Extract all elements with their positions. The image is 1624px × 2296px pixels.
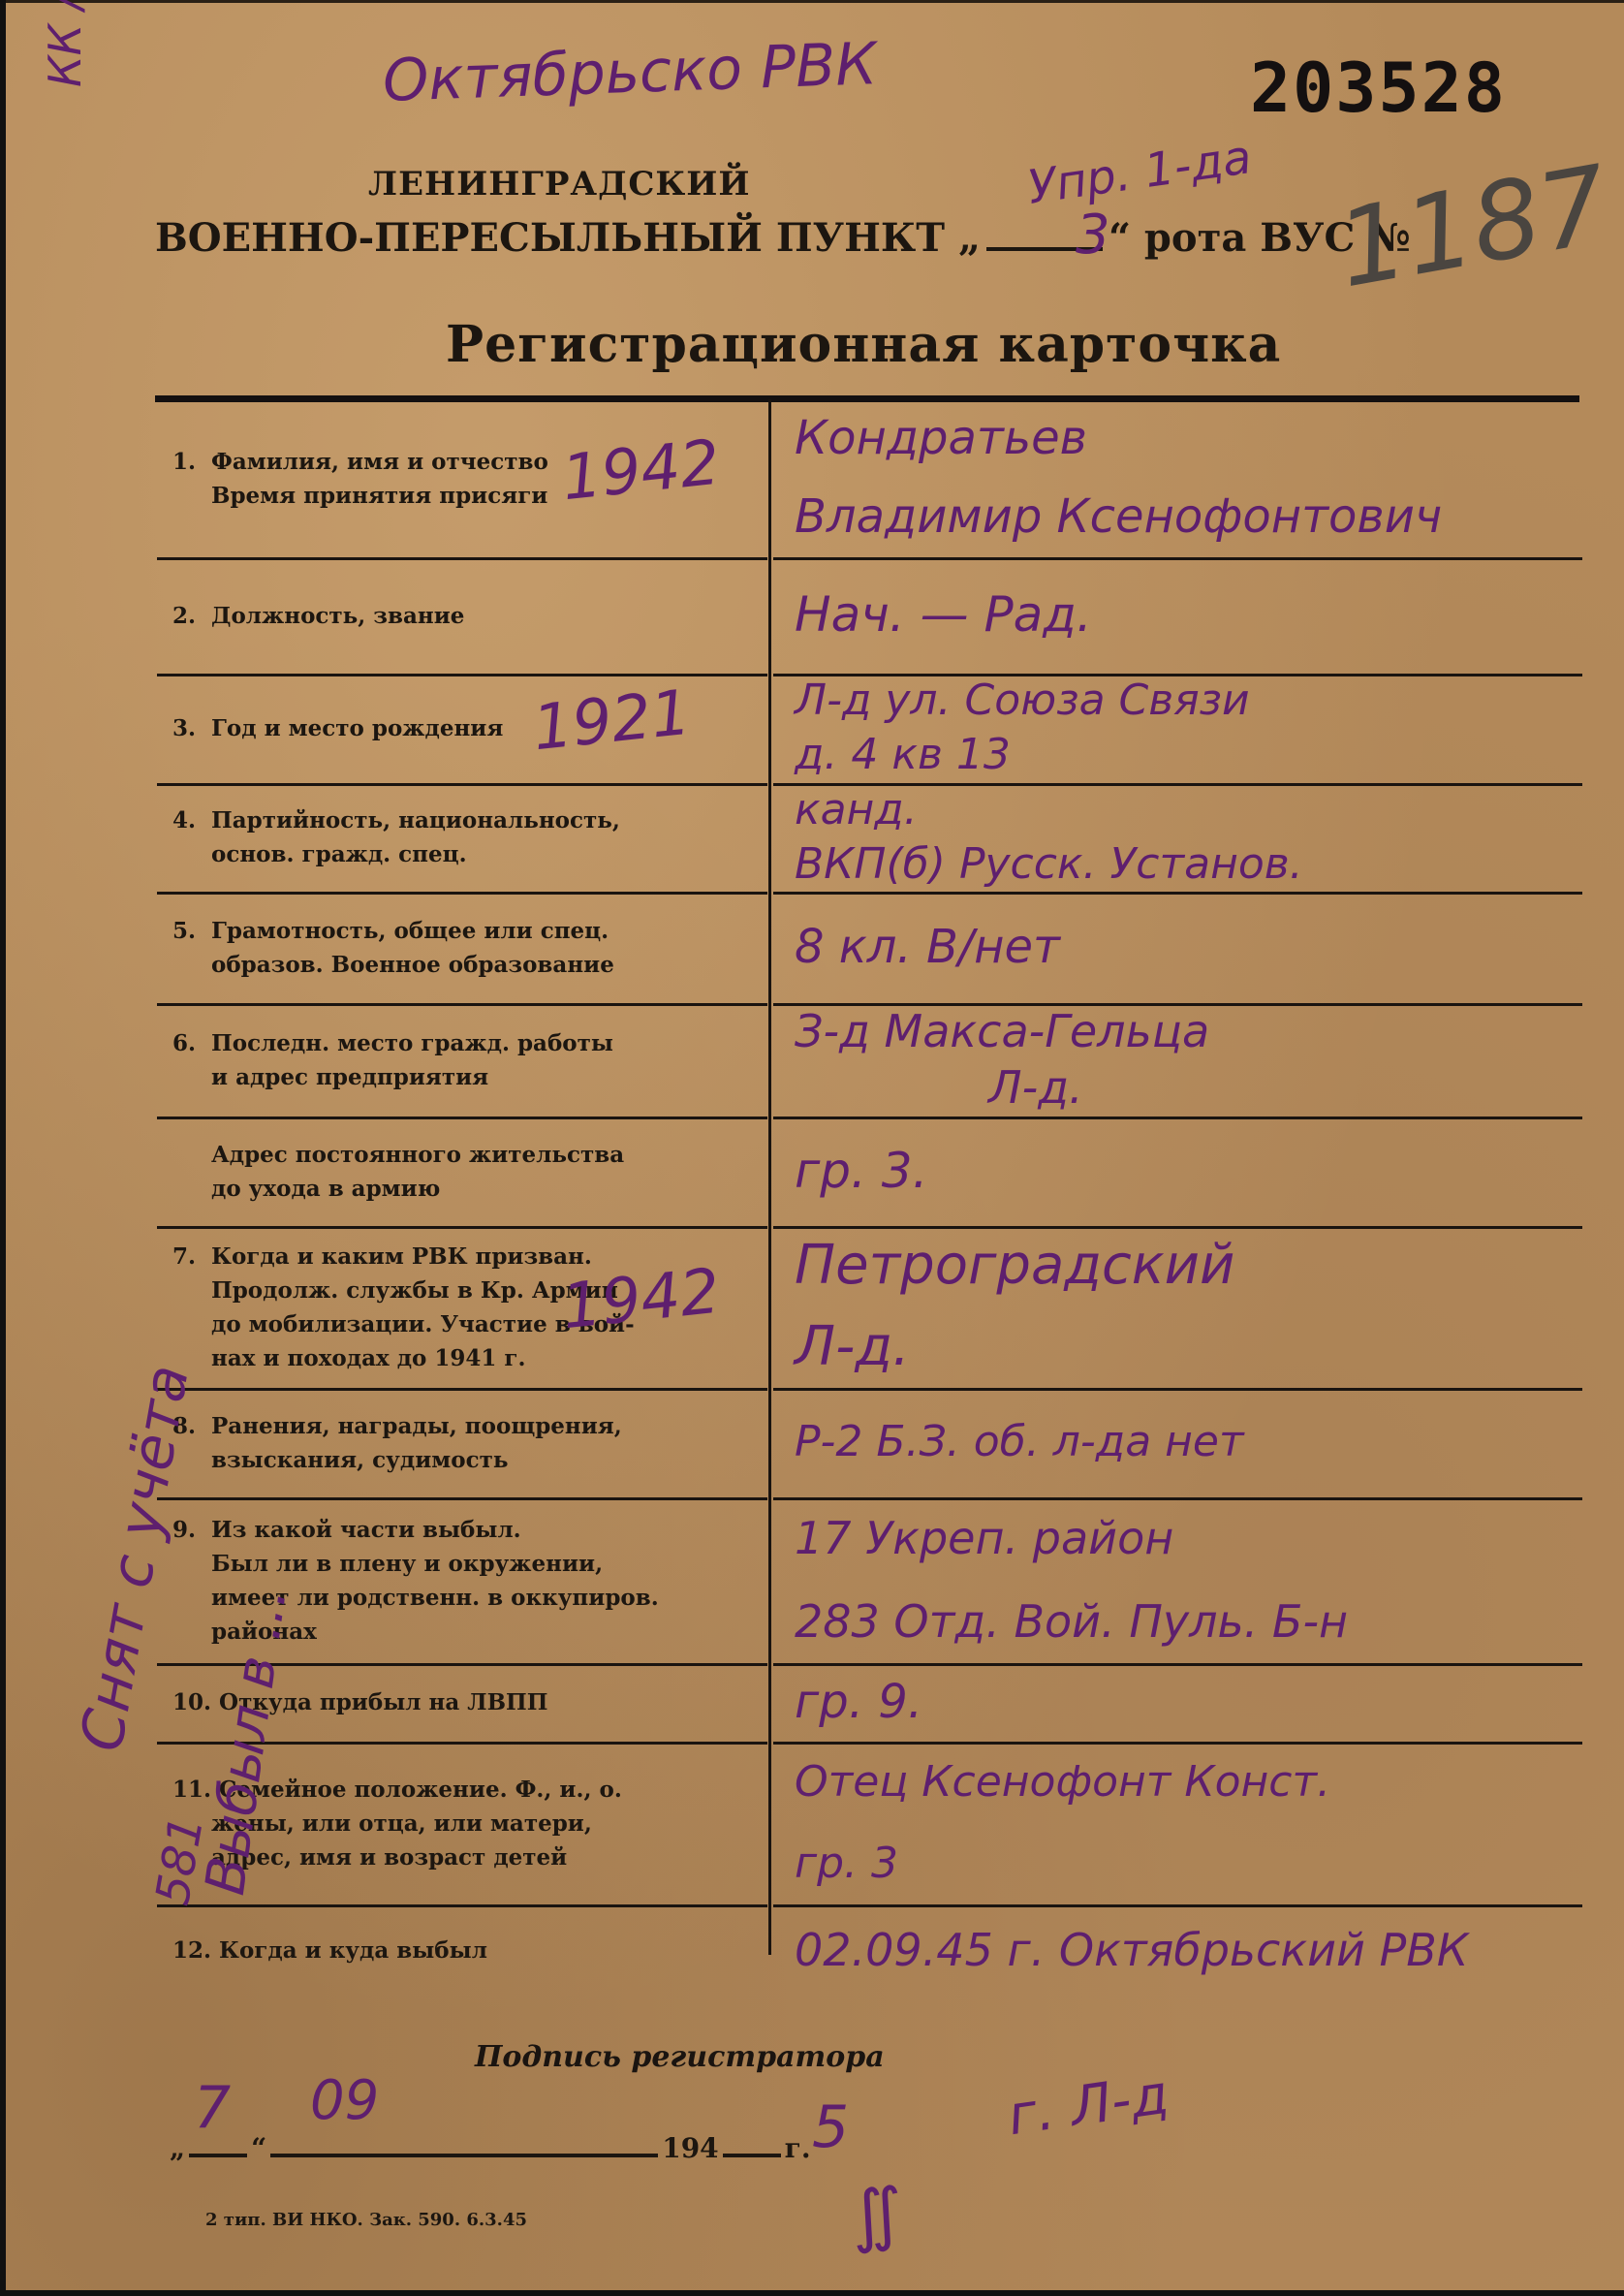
location-note: г. Л-д	[1004, 2063, 1171, 2148]
row-divider	[773, 1742, 1582, 1745]
field-value-handwritten: Л-д.	[795, 1315, 910, 1378]
field-label: 6. Последн. место гражд. работыи адрес п…	[172, 1026, 764, 1094]
field-value-handwritten: канд.	[795, 785, 918, 834]
field-label-text: Был ли в плену и окружении,	[211, 1551, 603, 1577]
organization-name: ЛЕНИНГРАДСКИЙ	[368, 165, 751, 204]
row-divider	[773, 892, 1582, 895]
field-value-handwritten: 02.09.45 г. Октябрьский РВК	[795, 1924, 1468, 1976]
bottom-signature: подпись∬	[549, 2172, 908, 2288]
row-divider	[157, 674, 767, 676]
date-open-quote: „	[170, 2132, 185, 2164]
organization-unit: ВОЕННО-ПЕРЕСЫЛЬНЫЙ ПУНКТ „“ рота ВУС №	[155, 215, 1411, 261]
field-label-text: Семейное положение. Ф., и., о.	[219, 1777, 622, 1803]
field-label-line: 9. Из какой части выбыл.	[172, 1513, 764, 1547]
row-divider	[157, 1226, 767, 1229]
field-label-line: основ. гражд. спец.	[172, 837, 764, 871]
field-number: 7.	[172, 1240, 203, 1274]
field-value-handwritten: ВКП(б) Русск. Установ.	[795, 839, 1303, 889]
field-number: 1.	[172, 445, 203, 479]
field-value-handwritten: Р-2 Б.З. об. л-да нет	[795, 1417, 1244, 1466]
field-label-text: нах и походах до 1941 г.	[211, 1345, 526, 1371]
company-number-handwritten: 3	[1076, 204, 1110, 267]
field-value-handwritten: 17 Укреп. район	[795, 1512, 1173, 1564]
field-number: 5.	[172, 914, 203, 948]
field-label-text: Ранения, награды, поощрения,	[211, 1413, 622, 1439]
registration-date: „“194г.	[170, 2132, 811, 2164]
date-month-handwritten: 09	[310, 2069, 379, 2132]
row-divider	[157, 1388, 767, 1391]
district-annotation: Октябрьско РВК	[382, 30, 878, 115]
row-divider	[157, 1497, 767, 1500]
field-value-handwritten: Петроградский	[795, 1234, 1234, 1297]
date-close-quote: “	[251, 2132, 266, 2164]
field-label-text: Грамотность, общее или спец.	[211, 918, 609, 944]
field-label-line: образов. Военное образование	[172, 948, 764, 982]
field-label: 4. Партийность, национальность,основ. гр…	[172, 803, 764, 871]
field-value-handwritten: З-д Макса-Гельца	[795, 1005, 1209, 1057]
row-divider	[773, 1904, 1582, 1907]
field-label-text: жены, или отца, или матери,	[211, 1810, 592, 1837]
field-label-text: взыскания, судимость	[211, 1447, 508, 1473]
field-label: 12. Когда и куда выбыл	[172, 1934, 764, 1967]
row-divider	[773, 1388, 1582, 1391]
field-label-line: 6. Последн. место гражд. работы	[172, 1026, 764, 1060]
field-number: 12.	[172, 1934, 211, 1967]
row-divider	[157, 892, 767, 895]
field-label: 5. Грамотность, общее или спец.образов. …	[172, 914, 764, 982]
header-rule	[155, 395, 1579, 402]
row-divider	[157, 1904, 767, 1907]
field-value-handwritten: Кондратьев	[795, 411, 1087, 465]
printer-imprint: 2 тип. ВИ НКО. Зак. 590. 6.3.45	[205, 2210, 527, 2230]
field-value-handwritten: Нач. — Рад.	[795, 586, 1092, 643]
field-number: 9.	[172, 1513, 203, 1547]
field-label-line: Был ли в плену и окружении,	[172, 1547, 764, 1581]
field-label-line: 5. Грамотность, общее или спец.	[172, 914, 764, 948]
field-label-text: Когда и каким РВК призван.	[211, 1243, 592, 1270]
field-number: 10.	[172, 1685, 211, 1719]
field-value-handwritten: Владимир Ксенофонтович	[795, 489, 1442, 544]
field-label-line: до ухода в армию	[172, 1172, 764, 1206]
field-value-handwritten: 8 кл. В/нет	[795, 920, 1060, 974]
field-label: 2. Должность, звание	[172, 599, 764, 633]
field-number: 2.	[172, 599, 203, 633]
field-label-text: Фамилия, имя и отчество	[211, 449, 548, 475]
row-divider	[773, 557, 1582, 560]
field-label-line: 2. Должность, звание	[172, 599, 764, 633]
field-value-handwritten: 283 Отд. Вой. Пуль. Б-н	[795, 1595, 1348, 1648]
registrar-signature: подпись∫∫	[1344, 1870, 1624, 2127]
field-label-text: Партийность, национальность,	[211, 807, 620, 833]
field-number: 3.	[172, 711, 203, 745]
field-label: Адрес постоянного жительствадо ухода в а…	[172, 1138, 764, 1206]
field-label-line: 4. Партийность, национальность,	[172, 803, 764, 837]
year-prefix: 194	[662, 2132, 718, 2164]
field-annotation: 1921	[530, 676, 695, 765]
row-divider	[157, 1117, 767, 1119]
vus-number-handwritten: 1187	[1328, 142, 1617, 312]
date-day-handwritten: 7	[194, 2074, 231, 2142]
field-label-text: и адрес предприятия	[211, 1064, 488, 1090]
field-label-text: до ухода в армию	[211, 1176, 440, 1202]
unit-prefix: ВОЕННО-ПЕРЕСЫЛЬНЫЙ ПУНКТ „	[155, 215, 981, 261]
row-divider	[773, 1226, 1582, 1229]
unit-mid: “ рота	[1109, 215, 1246, 261]
page-title: Регистрационная карточка	[446, 315, 1281, 374]
year-suffix: г.	[785, 2132, 811, 2164]
field-number: 4.	[172, 803, 203, 837]
row-divider	[157, 1003, 767, 1006]
margin-number: 581	[145, 1812, 214, 1909]
year-blank	[723, 2134, 781, 2157]
field-label-line: нах и походах до 1941 г.	[172, 1341, 764, 1375]
field-value-handwritten: гр. 3.	[795, 1143, 928, 1199]
field-label-text: Год и место рождения	[211, 715, 503, 741]
field-label-text: Должность, звание	[211, 603, 464, 629]
field-label-text: Продолж. службы в Кр. Армии	[211, 1277, 618, 1304]
field-label-text: адрес, имя и возраст детей	[211, 1844, 567, 1871]
serial-number: 203528	[1250, 48, 1507, 128]
date-year-handwritten: 5	[812, 2093, 849, 2161]
field-label-text: образов. Военное образование	[211, 952, 614, 978]
field-value-handwritten: Отец Ксенофонт Конст.	[795, 1757, 1330, 1807]
field-label-text: Время принятия присяги	[211, 483, 547, 509]
field-label-text: Последн. место гражд. работы	[211, 1030, 613, 1056]
row-divider	[773, 1663, 1582, 1666]
row-divider	[157, 557, 767, 560]
field-value-handwritten: Л-д ул. Союза Связи	[795, 676, 1250, 725]
row-divider	[773, 1497, 1582, 1500]
row-divider	[157, 783, 767, 786]
field-label-line: 8. Ранения, награды, поощрения,	[172, 1409, 764, 1443]
field-label-text: Когда и куда выбыл	[219, 1937, 487, 1964]
row-divider	[773, 1117, 1582, 1119]
field-label-line: взыскания, судимость	[172, 1443, 764, 1477]
paper-edge-left	[0, 0, 6, 2296]
field-label-line: Адрес постоянного жительства	[172, 1138, 764, 1172]
field-label: 8. Ранения, награды, поощрения,взыскания…	[172, 1409, 764, 1477]
paper-edge-bottom	[0, 2290, 1624, 2296]
paper-edge-top	[0, 0, 1624, 3]
field-label-text: Из какой части выбыл.	[211, 1517, 521, 1543]
field-label-text: Адрес постоянного жительства	[211, 1142, 624, 1168]
registrar-signature-label: Подпись регистратора	[475, 2040, 885, 2074]
field-label-line: и адрес предприятия	[172, 1060, 764, 1094]
month-blank	[270, 2134, 658, 2157]
field-value-handwritten: гр. 3	[795, 1839, 898, 1888]
field-value-handwritten: д. 4 кв 13	[795, 730, 1011, 779]
top-right-annotation: Упр. 1-да	[1024, 130, 1255, 215]
corner-marks: КК / РВ	[39, 0, 91, 87]
field-label-text: основ. гражд. спец.	[211, 841, 467, 867]
field-value-handwritten: гр. 9.	[795, 1675, 922, 1729]
field-label-line: 12. Когда и куда выбыл	[172, 1934, 764, 1967]
column-divider	[768, 399, 771, 1955]
field-number: 6.	[172, 1026, 203, 1060]
field-value-handwritten: Л-д.	[988, 1061, 1083, 1114]
